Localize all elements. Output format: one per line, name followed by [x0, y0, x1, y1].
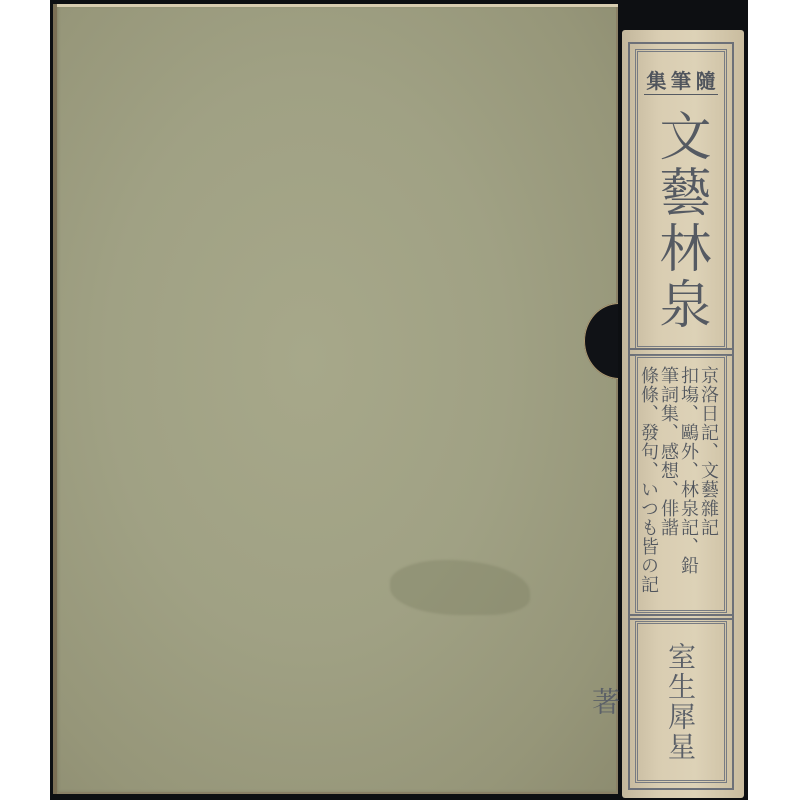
spine-author-panel: 室生犀星著: [628, 614, 734, 790]
spine-title-panel: 隨 筆 集 文藝林泉: [628, 42, 734, 356]
contents-line: 京洛日記、文藝雜記: [698, 366, 718, 602]
book-spine: 隨 筆 集 文藝林泉 京洛日記、文藝雜記 扣塲、鷗外、林泉記、鉛 筆詞集、感想、…: [622, 30, 744, 798]
series-label: 隨 筆 集: [644, 64, 718, 95]
series-char: 筆: [671, 65, 691, 94]
contents-list: 京洛日記、文藝雜記 扣塲、鷗外、林泉記、鉛 筆詞集、感想、俳諧 條條、發句、いつ…: [644, 366, 718, 602]
spine-contents-panel: 京洛日記、文藝雜記 扣塲、鷗外、林泉記、鉛 筆詞集、感想、俳諧 條條、發句、いつ…: [628, 348, 734, 620]
slipcase: [53, 4, 618, 794]
author-name: 室生犀星著: [644, 634, 718, 770]
contents-line: 條條、發句、いつも皆の記: [638, 366, 658, 602]
series-char: 集: [646, 65, 666, 94]
contents-line: 筆詞集、感想、俳諧: [658, 366, 678, 602]
contents-line: 扣塲、鷗外、林泉記、鉛: [678, 366, 698, 602]
slipcase-top-edge: [53, 4, 618, 7]
series-char: 隨: [696, 65, 716, 94]
book-title: 文藝林泉: [644, 102, 718, 340]
slipcase-left-edge: [53, 4, 57, 794]
